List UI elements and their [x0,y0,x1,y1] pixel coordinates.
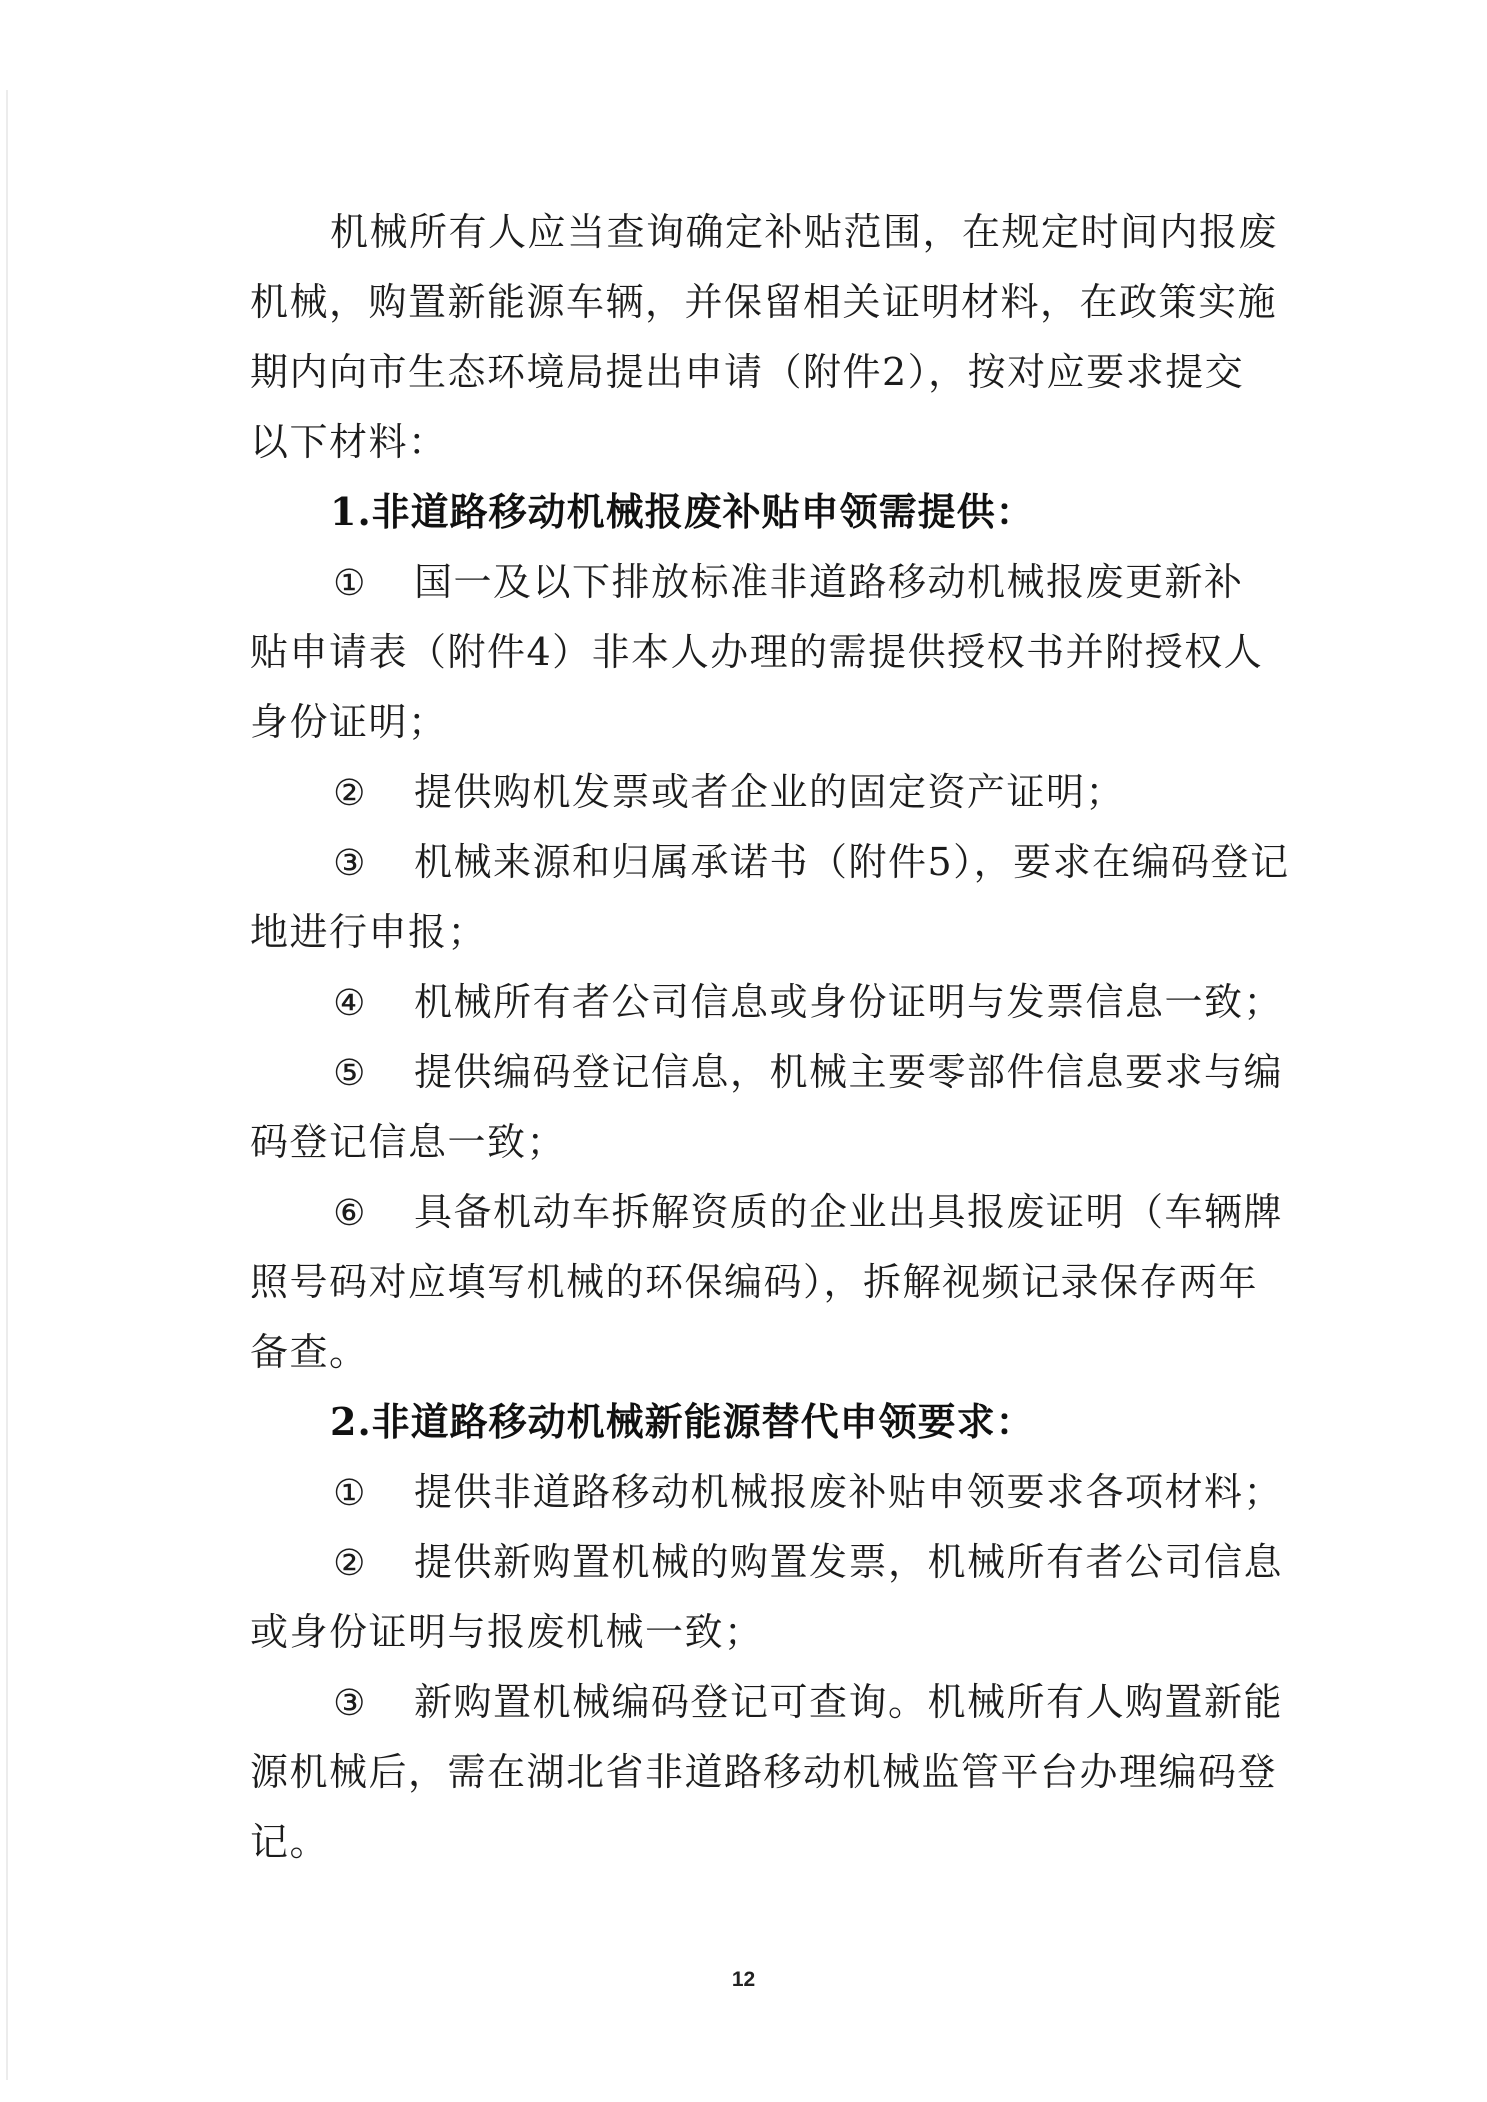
item-text: 机械来源和归属承诺书（附件5），要求在编码登记 [414,840,1290,884]
section-1: 1.非道路移动机械报废补贴申领需提供： ①国一及以下排放标准非道路移动机械报废更… [250,477,1290,1387]
circled-number-marker: ② [330,759,370,829]
item-text: 机械所有者公司信息或身份证明与发票信息一致； [414,980,1283,1024]
item-text: 具备机动车拆解资质的企业出具报废证明（车辆牌 [414,1190,1283,1234]
list-item: ①国一及以下排放标准非道路移动机械报废更新补 贴申请表（附件4）非本人办理的需提… [250,547,1290,757]
list-item: ③新购置机械编码登记可查询。机械所有人购置新能 源机械后，需在湖北省非道路移动机… [250,1667,1290,1877]
document-page: 机械所有人应当查询确定补贴范围，在规定时间内报废 机械，购置新能源车辆，并保留相… [250,197,1290,1877]
circled-number-marker: ③ [330,1669,370,1739]
item-text: 提供新购置机械的购置发票，机械所有者公司信息 [414,1540,1283,1584]
intro-line: 期内向市生态环境局提出申请（附件2），按对应要求提交 [250,337,1290,407]
item-text: 提供编码登记信息，机械主要零部件信息要求与编 [414,1050,1283,1094]
list-item: ②提供购机发票或者企业的固定资产证明； [250,757,1290,827]
intro-line: 以下材料： [250,407,1290,477]
list-item: ⑥具备机动车拆解资质的企业出具报废证明（车辆牌 照号码对应填写机械的环保编码），… [250,1177,1290,1387]
list-item: ④机械所有者公司信息或身份证明与发票信息一致； [250,967,1290,1037]
section-2: 2.非道路移动机械新能源替代申领要求： ①提供非道路移动机械报废补贴申领要求各项… [250,1387,1290,1877]
circled-number-marker: ⑤ [330,1039,370,1109]
list-item: ①提供非道路移动机械报废补贴申领要求各项材料； [250,1457,1290,1527]
item-text: 国一及以下排放标准非道路移动机械报废更新补 [414,560,1244,604]
section-heading: 2.非道路移动机械新能源替代申领要求： [250,1387,1290,1457]
list-item: ③机械来源和归属承诺书（附件5），要求在编码登记 地进行申报； [250,827,1290,967]
item-continuation: 身份证明； [250,687,1290,757]
circled-number-marker: ③ [330,829,370,899]
item-continuation: 照号码对应填写机械的环保编码），拆解视频记录保存两年 [250,1247,1290,1317]
circled-number-marker: ⑥ [330,1179,370,1249]
circled-number-marker: ④ [330,969,370,1039]
scan-edge-artifact [6,90,8,2080]
item-text: 提供非道路移动机械报废补贴申领要求各项材料； [414,1470,1283,1514]
list-item: ②提供新购置机械的购置发票，机械所有者公司信息 或身份证明与报废机械一致； [250,1527,1290,1667]
intro-line: 机械，购置新能源车辆，并保留相关证明材料，在政策实施 [250,267,1290,337]
item-continuation: 记。 [250,1807,1290,1877]
item-continuation: 或身份证明与报废机械一致； [250,1597,1290,1667]
item-text: 新购置机械编码登记可查询。机械所有人购置新能 [414,1680,1283,1724]
circled-number-marker: ① [330,1459,370,1529]
page-number: 12 [0,1968,1487,1992]
circled-number-marker: ① [330,549,370,619]
item-continuation: 码登记信息一致； [250,1107,1290,1177]
intro-paragraph: 机械所有人应当查询确定补贴范围，在规定时间内报废 机械，购置新能源车辆，并保留相… [250,197,1290,477]
intro-line: 机械所有人应当查询确定补贴范围，在规定时间内报废 [250,197,1290,267]
item-continuation: 贴申请表（附件4）非本人办理的需提供授权书并附授权人 [250,617,1290,687]
item-continuation: 源机械后，需在湖北省非道路移动机械监管平台办理编码登 [250,1737,1290,1807]
item-text: 提供购机发票或者企业的固定资产证明； [414,770,1125,814]
item-continuation: 地进行申报； [250,897,1290,967]
item-continuation: 备查。 [250,1317,1290,1387]
circled-number-marker: ② [330,1529,370,1599]
list-item: ⑤提供编码登记信息，机械主要零部件信息要求与编 码登记信息一致； [250,1037,1290,1177]
section-heading: 1.非道路移动机械报废补贴申领需提供： [250,477,1290,547]
